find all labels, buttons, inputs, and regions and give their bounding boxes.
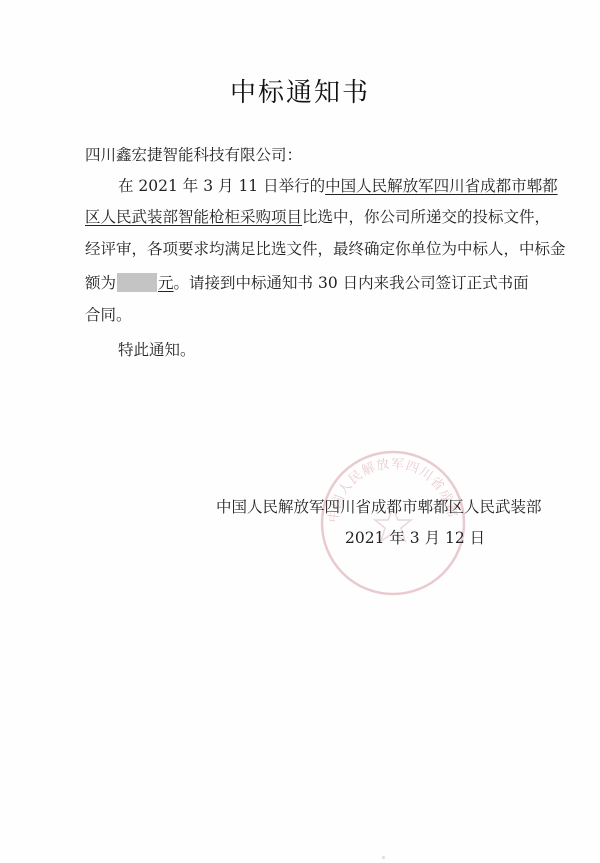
currency-unit: 元 — [158, 274, 174, 292]
official-seal-stamp: 中国人民解放军四川省成都市郫都区人民武装部 — [318, 448, 468, 598]
project-name-part-1: 中国人民解放军四川省成都市郫都 — [325, 177, 558, 195]
body-line-1: 在 2021 年 3 月 11 日举行的中国人民解放军四川省成都市郫都 — [118, 176, 558, 196]
body-line-2: 区人民武装部智能枪柜采购项目比选中，你公司所递交的投标文件， — [85, 207, 525, 227]
page-speck — [382, 856, 385, 859]
event-date-text: 在 2021 年 3 月 11 日举行的 — [118, 177, 325, 195]
salutation: 四川鑫宏捷智能科技有限公司： — [85, 145, 525, 165]
issuer-signature: 中国人民解放军四川省成都市郫都区人民武装部 — [216, 495, 542, 517]
document-page: 中标通知书 四川鑫宏捷智能科技有限公司： 在 2021 年 3 月 11 日举行… — [0, 0, 600, 863]
amount-label: 额为 — [85, 274, 116, 292]
document-title: 中标通知书 — [0, 72, 600, 109]
body-line-3: 经评审，各项要求均满足比选文件，最终确定你单位为中标人，中标金 — [85, 239, 525, 259]
body-line-4: 额为元。请接到中标通知书 30 日内来我公司签订正式书面 — [85, 273, 525, 293]
redacted-amount — [117, 273, 157, 292]
body-line-4-suffix: 。请接到中标通知书 30 日内来我公司签订正式书面 — [174, 274, 529, 292]
body-line-5: 合同。 — [85, 305, 525, 325]
issue-date: 2021 年 3 月 12 日 — [345, 526, 485, 548]
project-name-part-2: 区人民武装部智能枪柜采购项目 — [85, 208, 302, 226]
body-line-2-suffix: 比选中，你公司所递交的投标文件， — [302, 208, 550, 226]
closing-text: 特此通知。 — [118, 340, 558, 360]
